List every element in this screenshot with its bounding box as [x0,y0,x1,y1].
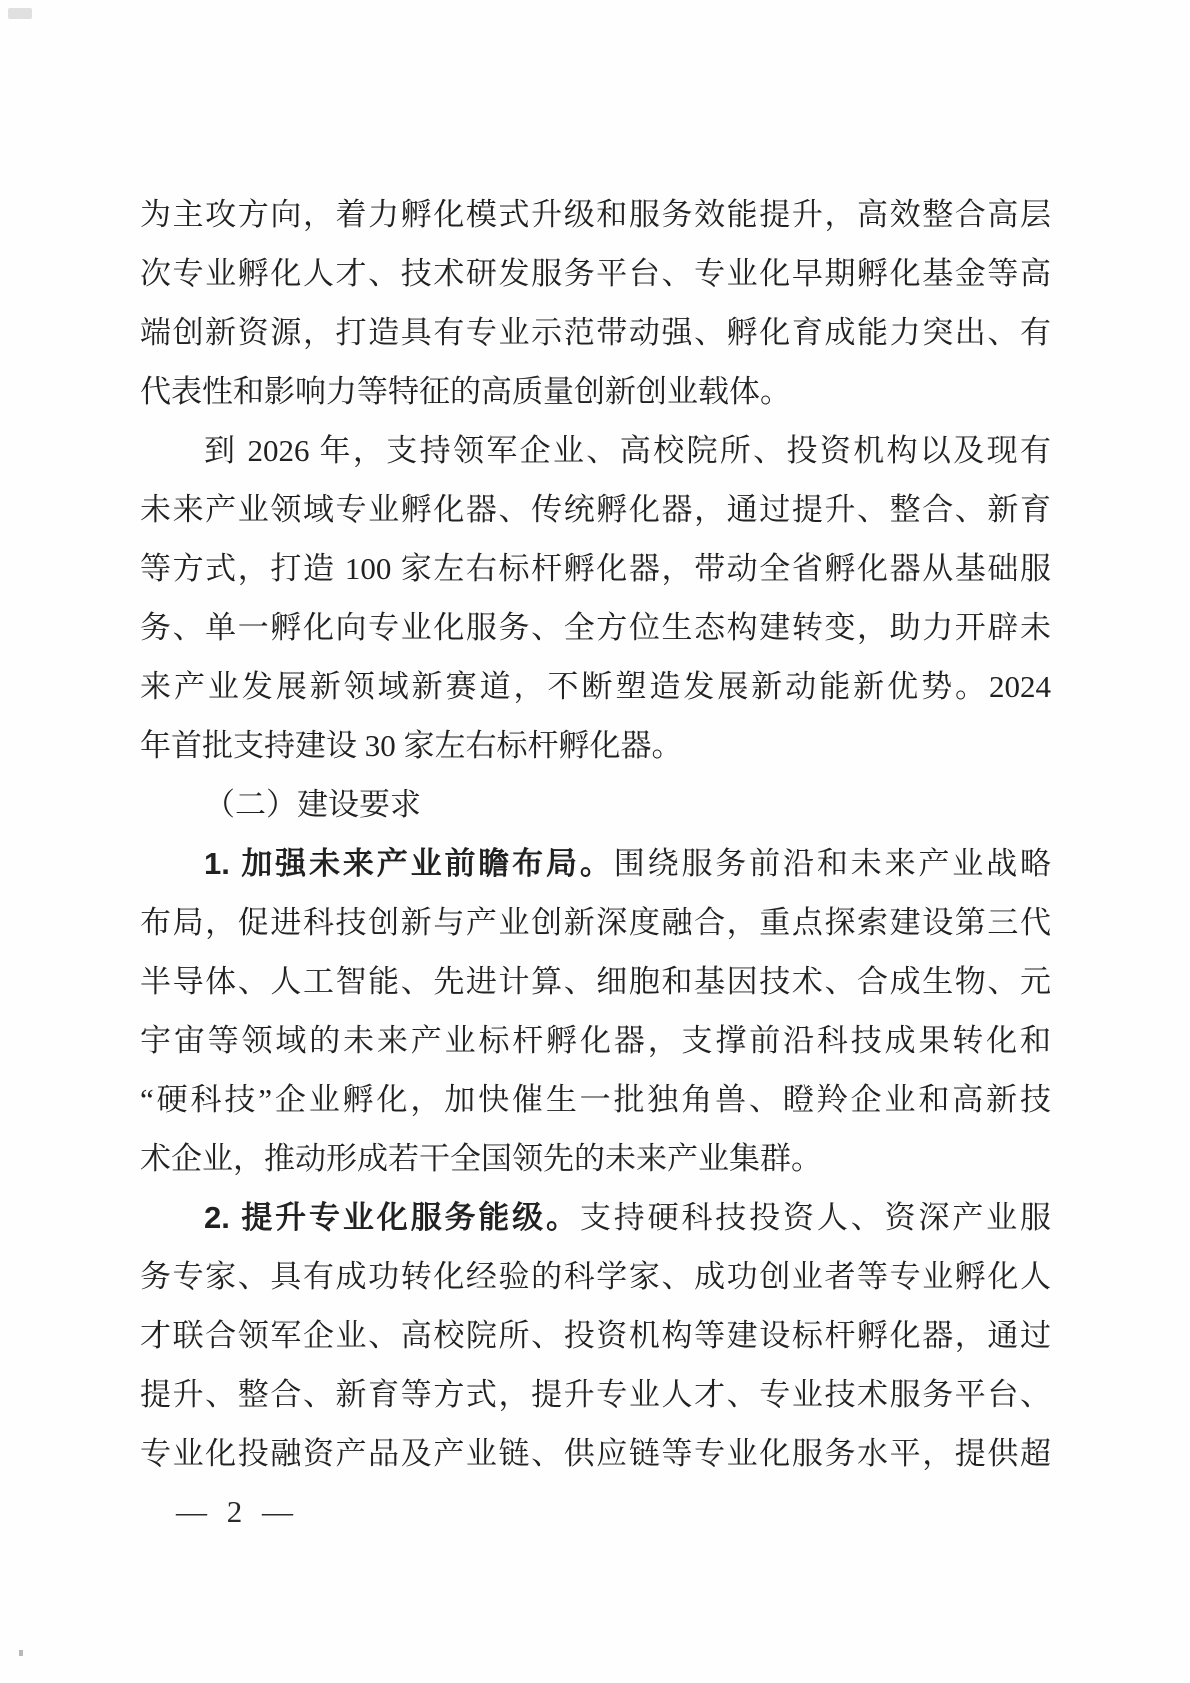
body-text: 等方式，打造 100 家左右标杆孵化器，带动全省孵化器从基础服 [140,551,1051,586]
heading-text: 1. 加强未来产业前瞻布局。 [204,846,614,881]
body-text: 布局，促进科技创新与产业创新深度融合，重点探索建设第三代 [140,905,1051,940]
scanned-document-page: 为主攻方向，着力孵化模式升级和服务效能提升，高效整合高层次专业孵化人才、技术研发… [0,0,1190,1683]
text-line: 1. 加强未来产业前瞻布局。围绕服务前沿和未来产业战略 [140,834,1051,893]
body-text: 到 2026 年，支持领军企业、高校院所、投资机构以及现有 [204,433,1051,468]
document-body: 为主攻方向，着力孵化模式升级和服务效能提升，高效整合高层次专业孵化人才、技术研发… [140,185,1051,1483]
text-line: 端创新资源，打造具有专业示范带动强、孵化育成能力突出、有 [140,303,1051,362]
body-text: 未来产业领域专业孵化器、传统孵化器，通过提升、整合、新育 [140,492,1051,527]
text-line: 年首批支持建设 30 家左右标杆孵化器。 [140,716,1051,775]
body-text: 才联合领军企业、高校院所、投资机构等建设标杆孵化器，通过 [140,1318,1051,1353]
text-line: 才联合领军企业、高校院所、投资机构等建设标杆孵化器，通过 [140,1306,1051,1365]
body-text: 务、单一孵化向专业化服务、全方位生态构建转变，助力开辟未 [140,610,1051,645]
body-text: 半导体、人工智能、先进计算、细胞和基因技术、合成生物、元 [140,964,1051,999]
body-text: 次专业孵化人才、技术研发服务平台、专业化早期孵化基金等高 [140,256,1051,291]
body-text: 宇宙等领域的未来产业标杆孵化器，支撑前沿科技成果转化和 [140,1023,1051,1058]
body-text: “硬科技”企业孵化，加快催生一批独角兽、瞪羚企业和高新技 [140,1082,1051,1117]
body-text: 围绕服务前沿和未来产业战略 [614,846,1051,881]
text-line: （二）建设要求 [140,775,1051,834]
text-line: 务、单一孵化向专业化服务、全方位生态构建转变，助力开辟未 [140,598,1051,657]
text-line: 提升、整合、新育等方式，提升专业人才、专业技术服务平台、 [140,1365,1051,1424]
text-line: 半导体、人工智能、先进计算、细胞和基因技术、合成生物、元 [140,952,1051,1011]
body-text: 来产业发展新领域新赛道，不断塑造发展新动能新优势。2024 [140,669,1051,704]
heading-text: 2. 提升专业化服务能级。 [204,1200,580,1235]
page-number: — 2 — [176,1492,299,1532]
text-line: 等方式，打造 100 家左右标杆孵化器，带动全省孵化器从基础服 [140,539,1051,598]
body-text: 术企业，推动形成若干全国领先的未来产业集群。 [140,1141,822,1176]
text-line: 未来产业领域专业孵化器、传统孵化器，通过提升、整合、新育 [140,480,1051,539]
text-line: 次专业孵化人才、技术研发服务平台、专业化早期孵化基金等高 [140,244,1051,303]
body-text: 代表性和影响力等特征的高质量创新创业载体。 [140,374,791,409]
text-line: 2. 提升专业化服务能级。支持硬科技投资人、资深产业服 [140,1188,1051,1247]
text-line: 专业化投融资产品及产业链、供应链等专业化服务水平，提供超 [140,1424,1051,1483]
body-text: 务专家、具有成功转化经验的科学家、成功创业者等专业孵化人 [140,1259,1051,1294]
text-line: 务专家、具有成功转化经验的科学家、成功创业者等专业孵化人 [140,1247,1051,1306]
body-text: 年首批支持建设 30 家左右标杆孵化器。 [140,728,683,763]
body-text: 为主攻方向，着力孵化模式升级和服务效能提升，高效整合高层 [140,197,1051,232]
body-text: 端创新资源，打造具有专业示范带动强、孵化育成能力突出、有 [140,315,1051,350]
text-line: “硬科技”企业孵化，加快催生一批独角兽、瞪羚企业和高新技 [140,1070,1051,1129]
text-line: 宇宙等领域的未来产业标杆孵化器，支撑前沿科技成果转化和 [140,1011,1051,1070]
text-line: 布局，促进科技创新与产业创新深度融合，重点探索建设第三代 [140,893,1051,952]
text-line: 术企业，推动形成若干全国领先的未来产业集群。 [140,1129,1051,1188]
text-line: 为主攻方向，着力孵化模式升级和服务效能提升，高效整合高层 [140,185,1051,244]
scan-artifact [8,8,32,19]
body-text: （二）建设要求 [204,787,421,822]
text-line: 代表性和影响力等特征的高质量创新创业载体。 [140,362,1051,421]
body-text: 支持硬科技投资人、资深产业服 [580,1200,1051,1235]
body-text: 提升、整合、新育等方式，提升专业人才、专业技术服务平台、 [140,1377,1051,1412]
body-text: 专业化投融资产品及产业链、供应链等专业化服务水平，提供超 [140,1436,1051,1471]
text-line: 到 2026 年，支持领军企业、高校院所、投资机构以及现有 [140,421,1051,480]
scan-artifact [19,1650,23,1656]
text-line: 来产业发展新领域新赛道，不断塑造发展新动能新优势。2024 [140,657,1051,716]
